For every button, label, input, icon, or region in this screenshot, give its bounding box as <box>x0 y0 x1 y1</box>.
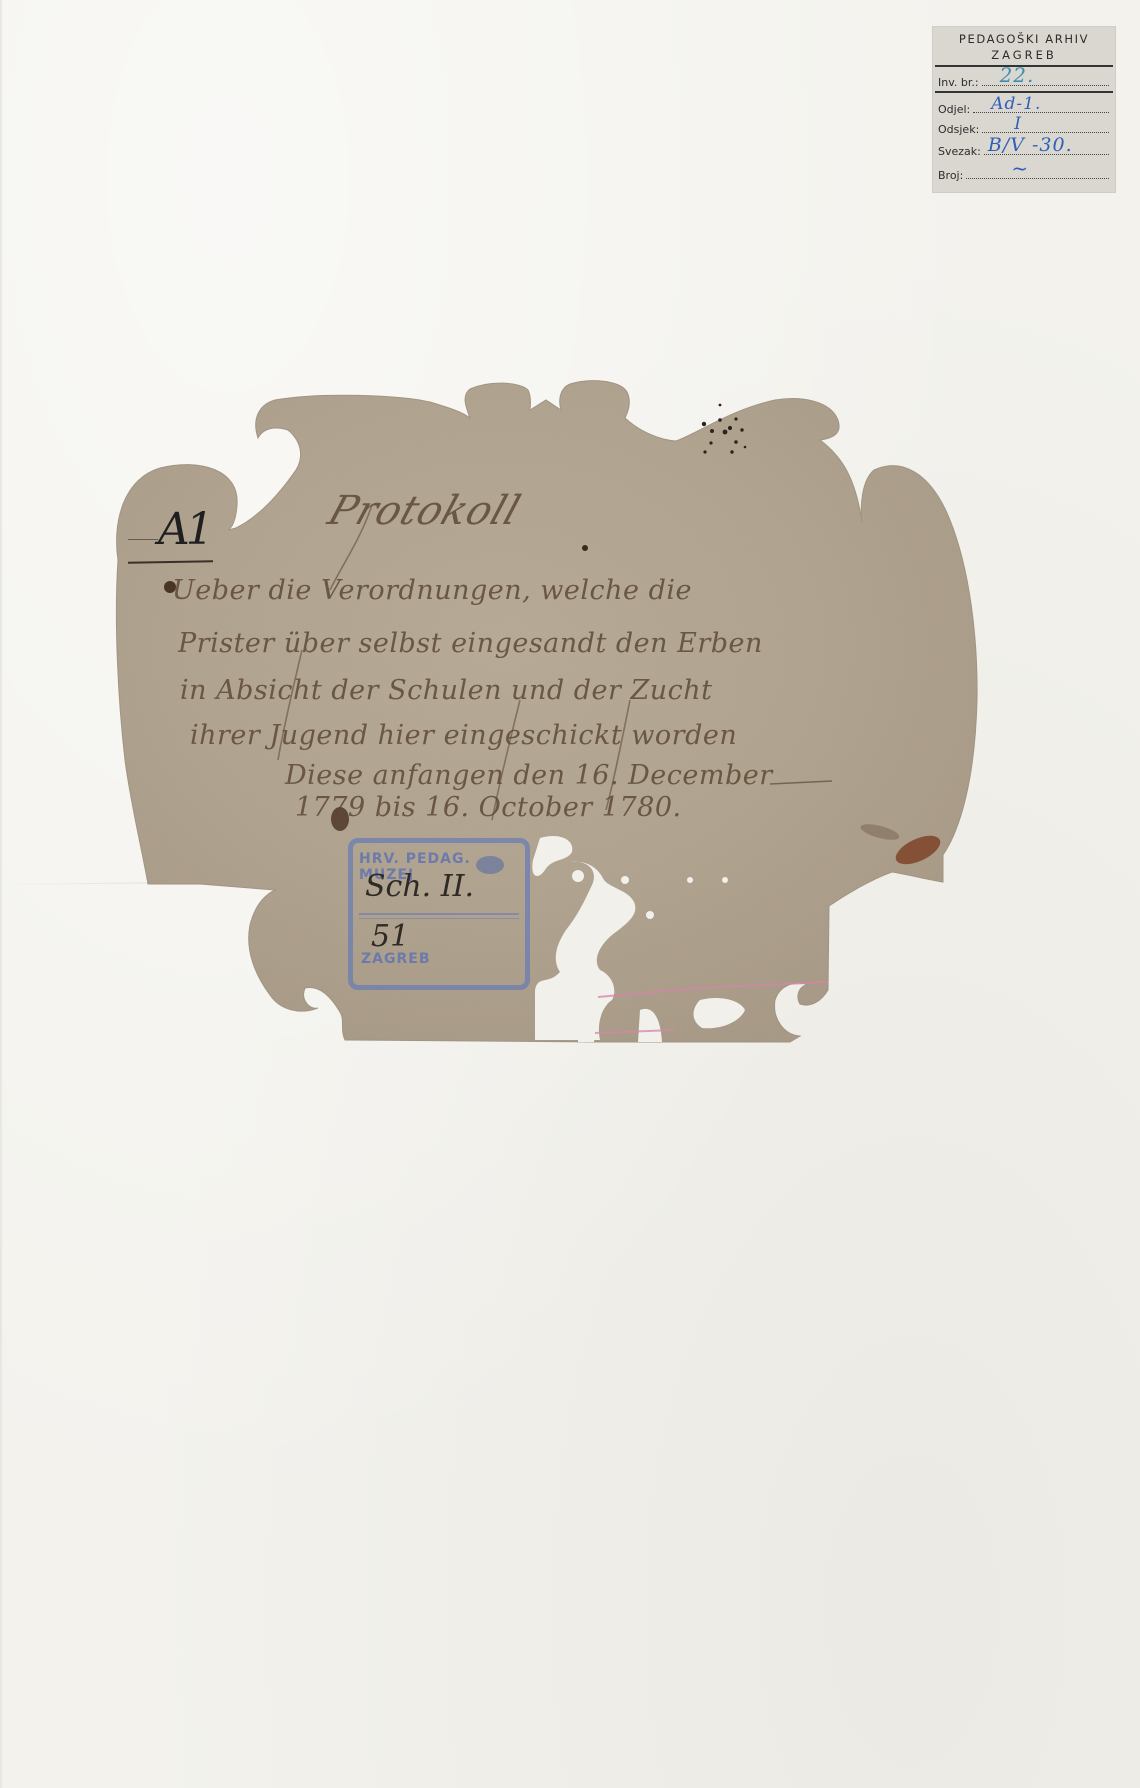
field-key: Odsjek: <box>938 123 979 136</box>
shelf-mark: A1 <box>158 504 210 555</box>
stamp-bottom-text: ZAGREB <box>361 951 519 967</box>
field-value: Ad-1. <box>991 94 1041 114</box>
field-dotted-line: I <box>982 131 1109 133</box>
stamp-handwritten-number: 51 <box>371 919 409 954</box>
document-title: Protokoll <box>323 488 527 534</box>
manuscript-line-5: Diese anfangen den 16. December <box>285 760 773 791</box>
field-dotted-line: 22. <box>982 84 1109 86</box>
field-dotted-line: ~ <box>966 177 1109 179</box>
field-key: Inv. br.: <box>938 76 979 89</box>
museum-stamp: HRV. PEDAG. MUZEJ Sch. II. 51 ZAGREB <box>348 838 530 990</box>
field-dotted-line: Ad-1. <box>973 111 1109 113</box>
archive-city: ZAGREB <box>933 47 1115 63</box>
field-value: B/V -30. <box>988 134 1073 156</box>
stamp-rule <box>359 913 519 915</box>
document-piece <box>0 0 1140 1788</box>
label-rule <box>935 91 1113 93</box>
archive-label-header: PEDAGOŠKI ARHIV ZAGREB <box>933 31 1115 63</box>
field-key: Broj: <box>938 169 963 182</box>
field-value: I <box>1014 114 1022 134</box>
manuscript-line-3: in Absicht der Schulen und der Zucht <box>180 675 712 706</box>
field-value: 22. <box>1000 63 1035 87</box>
manuscript-line-1: Ueber die Verordnungen, welche die <box>172 575 692 606</box>
manuscript-line-2: Prister über selbst eingesandt den Erben <box>178 628 763 659</box>
manuscript-line-6: 1779 bis 16. October 1780. <box>295 792 682 823</box>
label-field-broj: Broj: ~ <box>938 164 1109 182</box>
field-key: Odjel: <box>938 103 970 116</box>
archive-label: PEDAGOŠKI ARHIV ZAGREB Inv. br.: 22. Odj… <box>933 27 1115 192</box>
label-field-inv-br: Inv. br.: 22. <box>938 71 1109 89</box>
label-field-odjel: Odjel: Ad-1. <box>938 98 1109 116</box>
archive-institution: PEDAGOŠKI ARHIV <box>933 31 1115 47</box>
shelf-mark-tick <box>128 539 158 540</box>
field-key: Svezak: <box>938 145 981 158</box>
manuscript-line-4: ihrer Jugend hier eingeschickt worden <box>190 720 737 751</box>
field-dotted-line: B/V -30. <box>984 153 1109 155</box>
field-value: ~ <box>1011 156 1029 180</box>
stamp-handwritten-signature: Sch. II. <box>365 869 474 904</box>
